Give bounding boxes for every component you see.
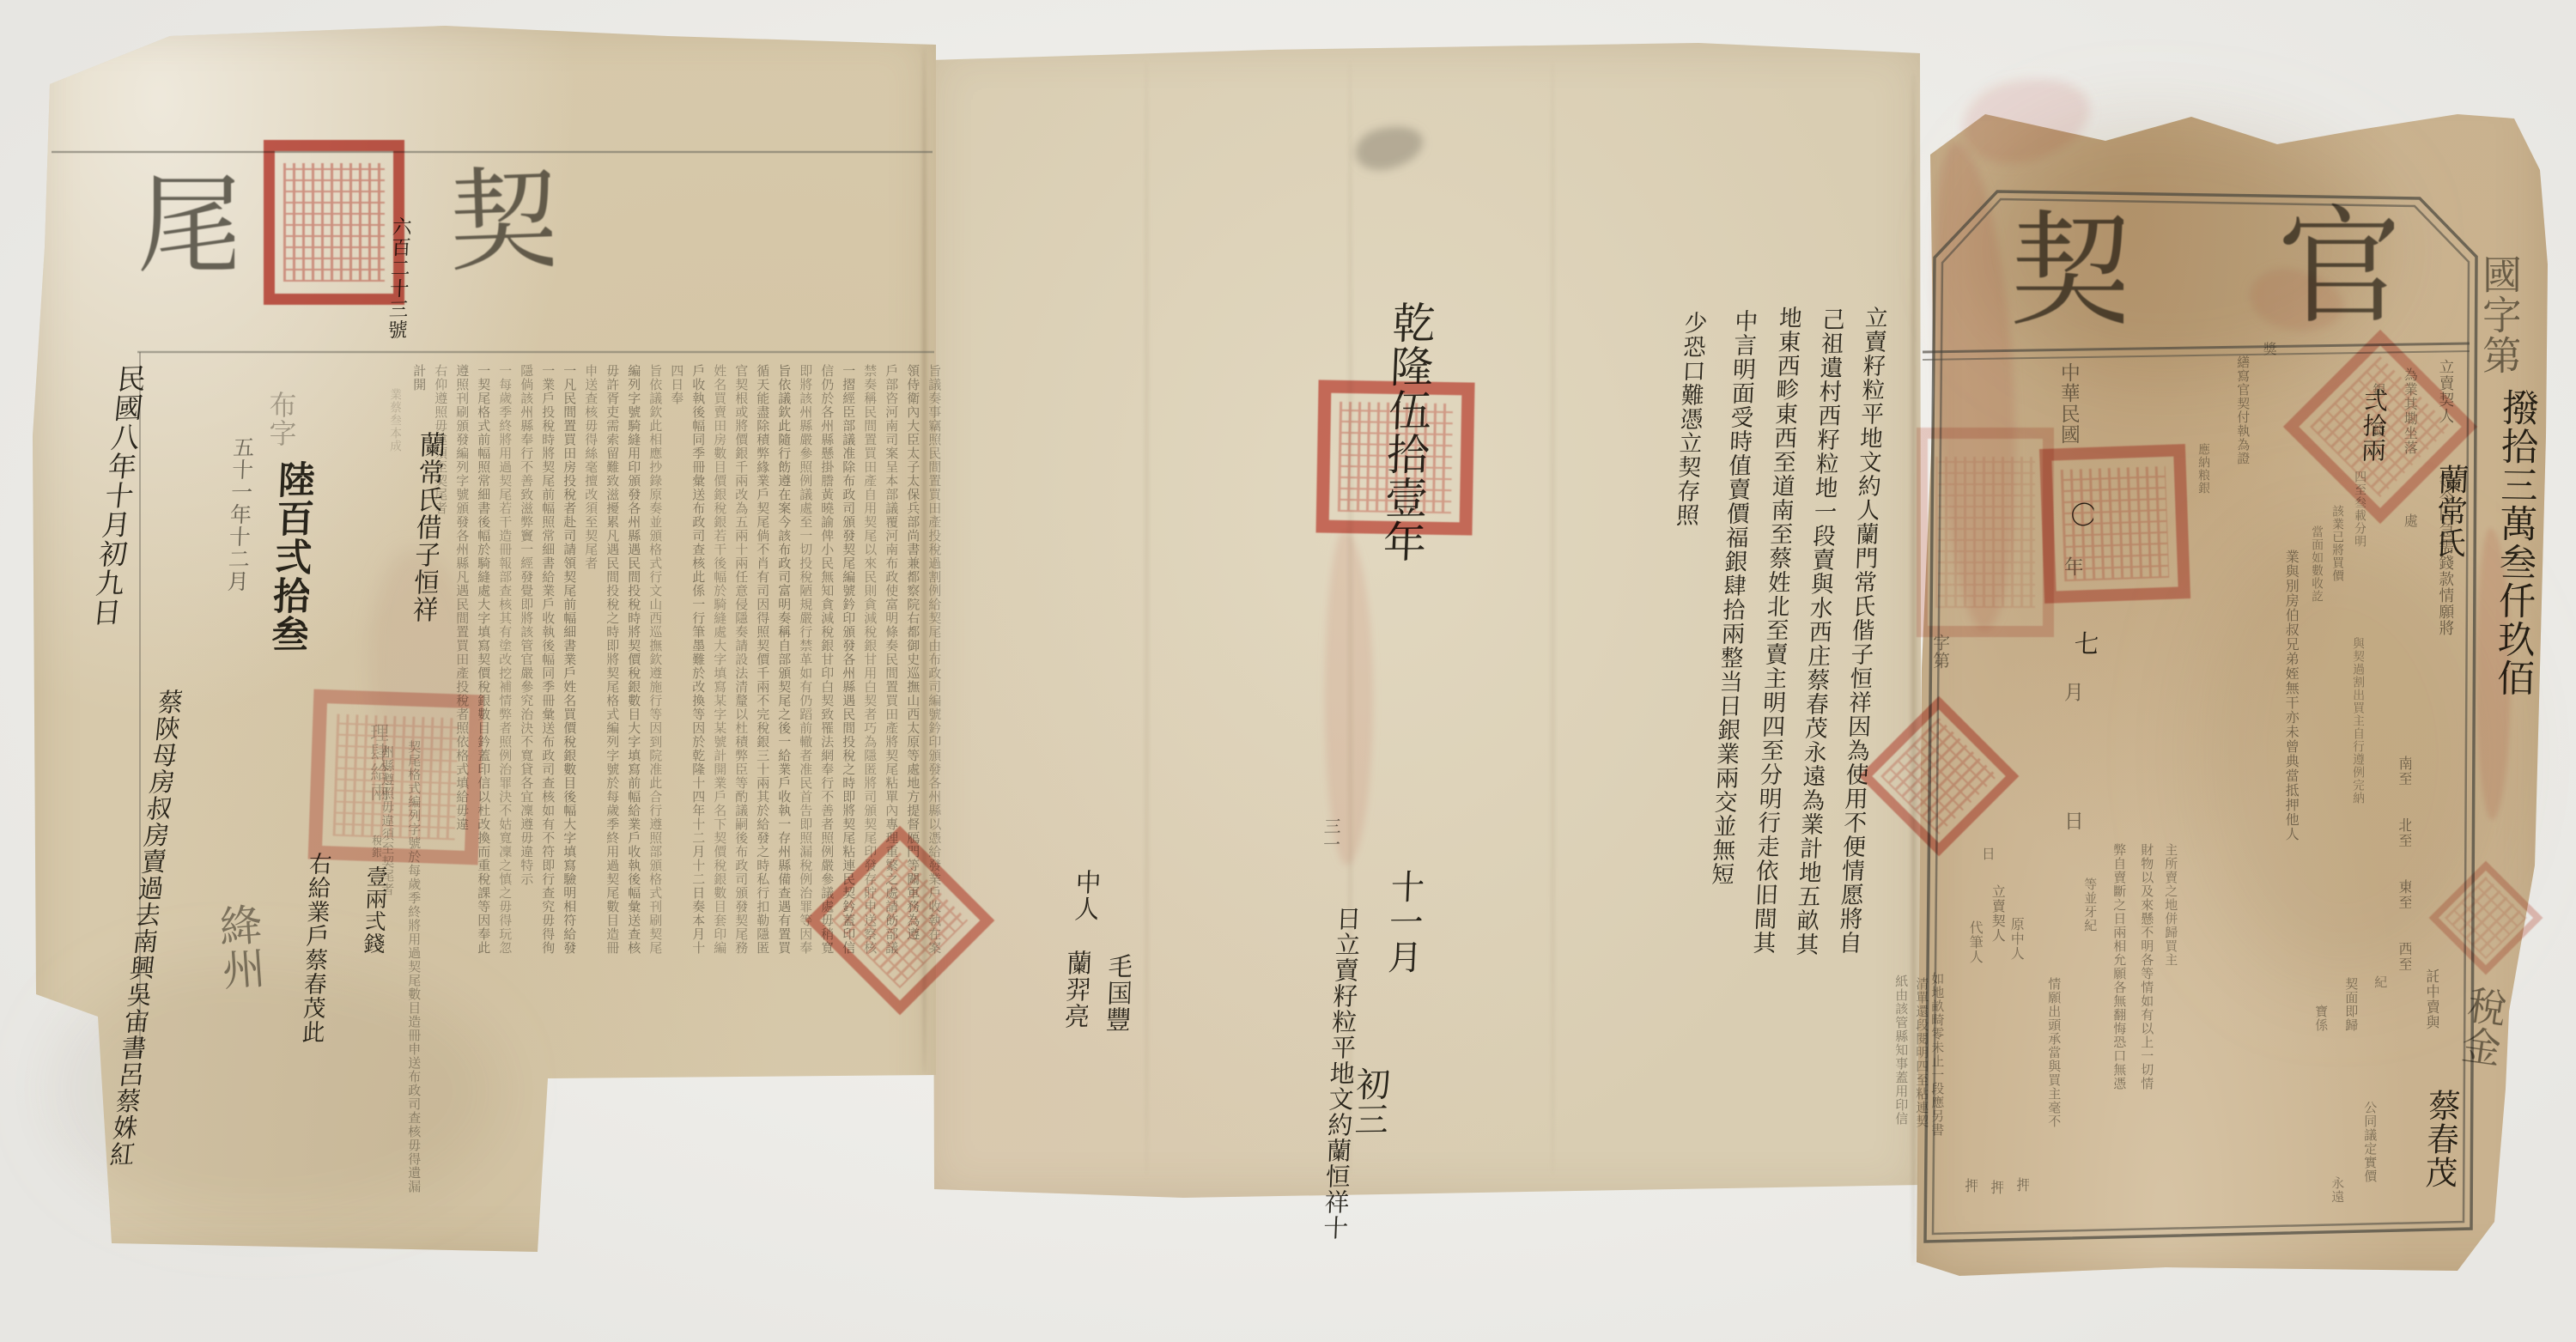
form-cond-4: 主所賣之地併歸買主 bbox=[2164, 843, 2178, 1105]
form-date-day: 日 bbox=[2061, 811, 2082, 841]
form-liability: 情願出頭承當與買主毫不 bbox=[2047, 977, 2061, 1222]
form-shiji: 寶係 bbox=[2314, 1005, 2328, 1069]
jiangzhou-stamp: 絳州 bbox=[213, 902, 267, 1011]
hw-day-3: 初三 bbox=[1347, 1066, 1388, 1174]
printed-column-20: 隱倘該州縣奉行不善致滋弊竇一經發覺即將該管官嚴參究治決不寬貸各宜凜遵毋違特示 bbox=[519, 364, 533, 1064]
form-boundaries: 南至 北至 東至 西至 bbox=[2396, 756, 2411, 1228]
title-qi: 契 bbox=[438, 160, 553, 275]
form-press-2: 押 bbox=[1988, 1180, 2003, 1204]
form-note-3: 紙由該管縣知事蓋用印信 bbox=[1894, 975, 1908, 1219]
printed-column-18: 一凡民間置買田房投稅者赴司請領契尾前幅細書業戶姓名買價稅銀數目後幅大字填寫驗明相… bbox=[562, 364, 576, 1064]
hw-middleman-label: 中人 bbox=[1068, 869, 1099, 950]
hw-buyer-name: 蔡春茂 bbox=[2419, 1089, 2460, 1222]
form-date-month: 月 bbox=[2061, 682, 2082, 712]
form-via-broker: 託中賣與 bbox=[2423, 969, 2439, 1093]
hw-tick: 三一 bbox=[1320, 817, 1340, 871]
printed-column-12: 戶收執後幅同季冊彙送布政司查核此係一行筆墨難於改換等因於乾隆十四年十二月十二日奏… bbox=[691, 364, 705, 1064]
seal-minguo-bright-pattern bbox=[2061, 466, 2170, 581]
form-sign-day: 日 bbox=[1980, 847, 1995, 868]
form-transfer: 與契過割出買主自行遵例完納 bbox=[2351, 637, 2364, 899]
form-paid-2: 當面如數收訖 bbox=[2310, 525, 2323, 654]
seal-minguo-faded-pattern bbox=[1935, 457, 2034, 608]
printed-column-15: 編列字號騎縫用印頒發各州縣遇民間投稅時將契價稅銀數目大字填寫前幅給業戶收執後幅彙… bbox=[627, 364, 641, 1064]
hw-seller-name: 蘭常氏 bbox=[2429, 464, 2468, 588]
form-paid-1: 該業已將買價 bbox=[2330, 505, 2343, 634]
printed-column-19: 一業戶投稅時將契尾前幅照常細書給業戶收執後幅同季冊彙送布政司查核如有不符即行查究… bbox=[541, 364, 555, 1064]
form-note-2: 清單還段閱明四至粘連契 bbox=[1915, 977, 1929, 1222]
printed-column-6: 信仍於各州縣懸掛謄黃曉諭俾小民無知貪減稅銀甘印白契致罹法網奉行不善者照例嚴參議處… bbox=[820, 364, 834, 1064]
seal-qianlong-date-pattern bbox=[1338, 402, 1452, 513]
form-forever: 永遠 bbox=[2330, 1176, 2344, 1228]
seal-top-left-pattern bbox=[283, 163, 385, 282]
seal-left-faded bbox=[308, 689, 484, 865]
printed-column-11: 姓名買賣田房數目價銀稅銀若干後幅於騎縫處大字填寫某字某號計開業戶名下契價稅銀數目… bbox=[713, 364, 726, 1064]
title-wei: 尾 bbox=[127, 168, 234, 276]
form-agreed-price: 公同議定實價 bbox=[2363, 1101, 2377, 1230]
form-taxnote: 應納粮銀 bbox=[2196, 443, 2209, 542]
seal-minguo-bright bbox=[2039, 444, 2190, 604]
stub-serial-label: 國字第 bbox=[2480, 254, 2519, 409]
printed-column-17: 申送查核毋得絲毫擅改須至契尾者 bbox=[584, 364, 598, 1064]
hw-month-7: 七 bbox=[2069, 630, 2098, 665]
printed-column-7: 即將該州縣嚴參照例議處至一切投稅陋規嚴行禁革如有仍蹈前轍者准民首告即照漏稅例治罪… bbox=[799, 364, 812, 1064]
printed-column-14: 旨依議欽此相應抄錄原奏並頒格式行文山西巡撫欽遵施行等因到院准此合行遵照部頒格式刊… bbox=[648, 364, 662, 1064]
printed-column-16: 毋許胥吏需索留難致滋擾累凡遇民間投稅之時即將契尾格式編列字號於每歲季終用過契尾數… bbox=[605, 364, 619, 1064]
seal-qianlong-date bbox=[1315, 380, 1474, 535]
form-ji: 紀 bbox=[2373, 975, 2387, 997]
form-cond-3: 弊自賣斷之日兩相允願各無翻悔恐口無憑 bbox=[2112, 843, 2126, 1144]
form-cond-1: 業與別房伯叔兄弟姪無干亦未曾典當抵押他人 bbox=[2284, 550, 2299, 1155]
form-sign-scribe: 代筆人 bbox=[1968, 920, 1983, 1006]
faint-overlay: 業蔡叁本成 bbox=[388, 388, 401, 452]
title-guan: 官 bbox=[2267, 199, 2394, 326]
form-broker: 等並牙紀 bbox=[2083, 877, 2097, 993]
seal-top-left bbox=[264, 140, 404, 305]
printed-column-13: 四日奉 bbox=[670, 364, 683, 1064]
form-guiyi: 契面即歸 bbox=[2344, 977, 2358, 1093]
printed-column-9: 循天能盡除積弊緣業戶契尾倘不肖有司因得照契價千兩不完稅銀三十兩其於給發之時私行扣… bbox=[756, 364, 769, 1064]
seal-minguo-faded bbox=[1917, 428, 2054, 637]
hw-bu-prefix: 布字 bbox=[266, 391, 296, 447]
printed-column-21: 一每歲季終將用過契尾若干造冊報部查核其有塗改挖補情弊者照例治罪決不姑寬凜之慎之毋… bbox=[498, 364, 512, 1064]
printed-column-8: 旨依議欽此隨行飭遵在案今該布政司富明奏稱自部頒契尾之後一給業戶收執一存州縣備查遇… bbox=[777, 364, 791, 1064]
form-press-3: 押 bbox=[2014, 1177, 2029, 1201]
scanned-deed-document: 旨議奏事竊照民間置買田產投稅過割例給契尾由布政司編號鈐印頒發各州縣以憑給發業戶收… bbox=[0, 0, 2576, 1342]
form-jiang: 獎 bbox=[2262, 342, 2276, 367]
form-sign-middleman: 原中人 bbox=[2009, 917, 2024, 1003]
form-press-1: 押 bbox=[1962, 1178, 1978, 1202]
form-cond-2: 財物以及來懸不明各等情如有以上一切情 bbox=[2140, 843, 2154, 1144]
seal-left-faded-pattern bbox=[332, 714, 459, 840]
title-qi-2: 契 bbox=[1999, 204, 2123, 329]
form-note-1: 如地畝畸零未止一段應另書 bbox=[1930, 972, 1944, 1225]
printed-column-10: 官契根或將價銀千兩改為五兩十兩任意侵隱奏請設法清釐以杜積弊臣等酌議嗣後布政司頒發… bbox=[734, 364, 748, 1064]
form-sign-seller: 立賣契人 bbox=[1990, 884, 2005, 992]
form-proof: 繕寫官契付執為證 bbox=[2236, 355, 2250, 574]
